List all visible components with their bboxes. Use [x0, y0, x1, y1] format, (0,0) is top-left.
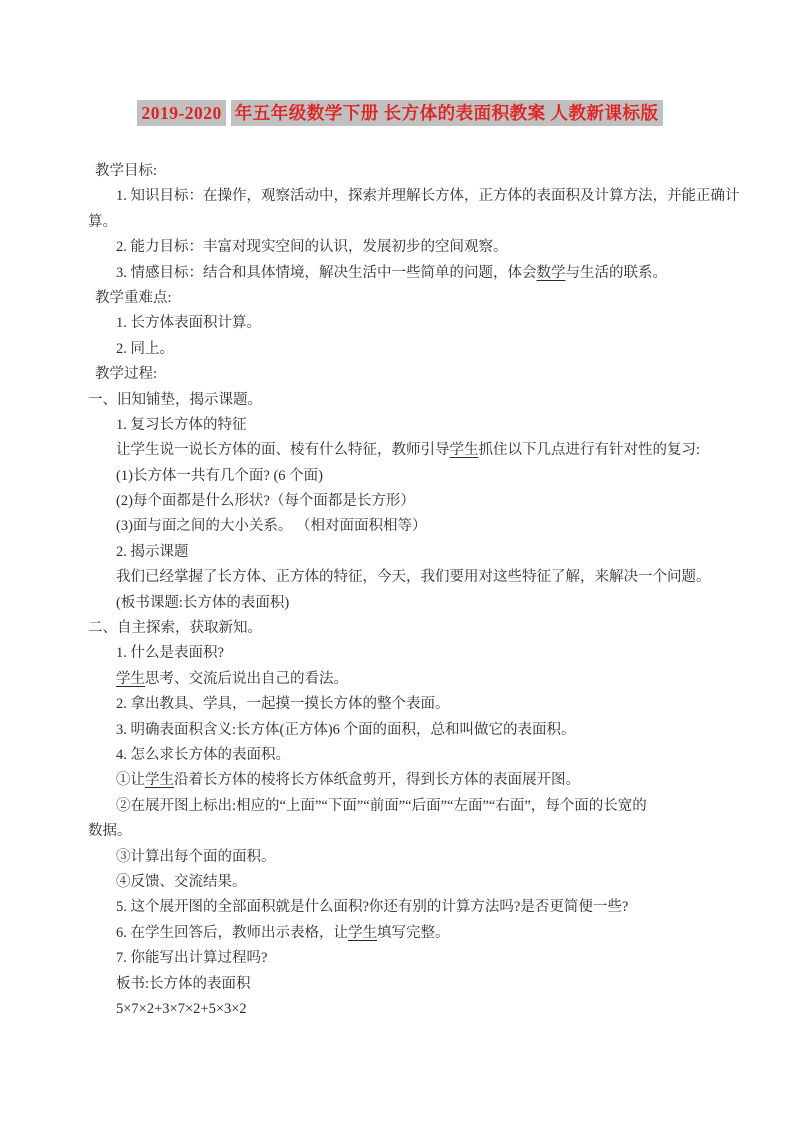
text-segment: 4. 怎么求长方体的表面积。 — [116, 747, 290, 763]
document-line: 2. 能力目标：丰富对现实空间的认识，发展初步的空间观察。 — [88, 235, 768, 260]
text-segment: 3. 明确表面积含义:长方体(正方体)6 个面的面积，总和叫做它的表面积。 — [116, 722, 576, 738]
text-segment: (2)每个面都是什么形状?（每个面都是长方形） — [116, 493, 415, 509]
document-line: 3. 情感目标：结合和具体情境，解决生活中一些简单的问题，体会数学与生活的联系。 — [88, 261, 768, 286]
text-segment: (1)长方体一共有几个面? (6 个面) — [116, 468, 323, 484]
text-segment: 我们已经掌握了长方体、正方体的特征，今天，我们要用对这些特征了解，来解决一个问题… — [116, 569, 711, 585]
text-segment: 2. 能力目标：丰富对现实空间的认识，发展初步的空间观察。 — [116, 239, 508, 255]
document-line: 6. 在学生回答后，教师出示表格，让学生填写完整。 — [88, 921, 768, 946]
document-line: 2. 同上。 — [88, 337, 768, 362]
document-line: ②在展开图上标出:相应的“上面”“下面”“前面”“后面”“左面”“右面”，每个面… — [88, 794, 768, 819]
document-body: 教学目标:1. 知识目标：在操作，观察活动中，探索并理解长方体，正方体的表面积及… — [88, 159, 768, 1022]
document-line: 2. 拿出教具、学具，一起摸一摸长方体的整个表面。 — [88, 692, 768, 717]
text-segment: 思考、交流后说出自己的看法。 — [145, 671, 348, 687]
document-line: 学生思考、交流后说出自己的看法。 — [88, 667, 768, 692]
text-segment: 抓住以下几点进行有针对性的复习: — [479, 442, 701, 458]
text-segment: 6. 在学生回答后，教师出示表格，让 — [116, 925, 348, 941]
text-segment: 教学重难点: — [95, 290, 172, 306]
text-segment: 教学目标: — [95, 163, 157, 179]
text-segment: 1. 复习长方体的特征 — [116, 417, 247, 433]
text-segment: 算。 — [88, 214, 117, 230]
document-line: 3. 明确表面积含义:长方体(正方体)6 个面的面积，总和叫做它的表面积。 — [88, 718, 768, 743]
document-line: 2. 揭示课题 — [88, 540, 768, 565]
underlined-text: 数学 — [537, 265, 566, 281]
text-segment: 一、旧知铺垫，揭示课题。 — [88, 392, 262, 408]
document-line: (板书课题:长方体的表面积) — [88, 591, 768, 616]
text-segment: (3)面与面之间的大小关系。 （相对面面积相等） — [116, 518, 427, 534]
text-segment: ①让 — [116, 772, 145, 788]
text-segment: ②在展开图上标出:相应的“上面”“下面”“前面”“后面”“左面”“右面”，每个面… — [116, 798, 647, 814]
text-segment: ③计算出每个面的面积。 — [116, 849, 276, 865]
document-line: 1. 什么是表面积? — [88, 641, 768, 666]
text-segment: 5. 这个展开图的全部面积就是什么面积?你还有别的计算方法吗?是否更简便一些? — [116, 899, 628, 915]
document-line: ①让学生沿着长方体的棱将长方体纸盒剪开，得到长方体的表面展开图。 — [88, 768, 768, 793]
text-segment: (板书课题:长方体的表面积) — [116, 595, 289, 611]
document-line: 让学生说一说长方体的面、棱有什么特征，教师引导学生抓住以下几点进行有针对性的复习… — [88, 438, 768, 463]
document-line: 数据。 — [88, 819, 768, 844]
text-segment: 2. 同上。 — [116, 341, 174, 357]
document-line: 一、旧知铺垫，揭示课题。 — [88, 388, 768, 413]
text-segment: 2. 揭示课题 — [116, 544, 189, 560]
document-line: (1)长方体一共有几个面? (6 个面) — [88, 464, 768, 489]
document-line: 教学重难点: — [88, 286, 768, 311]
document-line: 二、自主探索，获取新知。 — [88, 616, 768, 641]
document-line: 5. 这个展开图的全部面积就是什么面积?你还有别的计算方法吗?是否更简便一些? — [88, 895, 768, 920]
text-segment: 2. 拿出教具、学具，一起摸一摸长方体的整个表面。 — [116, 696, 450, 712]
document-title: 2019-2020年五年级数学下册 长方体的表面积教案 人教新课标版 — [0, 100, 800, 125]
text-segment: 1. 什么是表面积? — [116, 645, 224, 661]
text-segment: 1. 知识目标：在操作，观察活动中，探索并理解长方体，正方体的表面积及计算方法，… — [116, 188, 740, 204]
document-line: 教学过程: — [88, 362, 768, 387]
text-segment: 板书:长方体的表面积 — [116, 976, 251, 992]
text-segment: 3. 情感目标：结合和具体情境，解决生活中一些简单的问题，体会 — [116, 265, 537, 281]
document-line: 教学目标: — [88, 159, 768, 184]
underlined-text: 学生 — [145, 772, 174, 788]
document-line: (2)每个面都是什么形状?（每个面都是长方形） — [88, 489, 768, 514]
document-line: 算。 — [88, 210, 768, 235]
document-line: 1. 长方体表面积计算。 — [88, 311, 768, 336]
document-line: 7. 你能写出计算过程吗? — [88, 946, 768, 971]
underlined-text: 学生 — [450, 442, 479, 458]
document-line: 1. 复习长方体的特征 — [88, 413, 768, 438]
document-line: 我们已经掌握了长方体、正方体的特征，今天，我们要用对这些特征了解，来解决一个问题… — [88, 565, 768, 590]
document-page: 2019-2020年五年级数学下册 长方体的表面积教案 人教新课标版 教学目标:… — [0, 0, 800, 1132]
document-line: 4. 怎么求长方体的表面积。 — [88, 743, 768, 768]
text-segment: 让学生说一说长方体的面、棱有什么特征，教师引导 — [116, 442, 450, 458]
document-line: 5×7×2+3×7×2+5×3×2 — [88, 997, 768, 1022]
document-line: (3)面与面之间的大小关系。 （相对面面积相等） — [88, 514, 768, 539]
text-segment: 1. 长方体表面积计算。 — [116, 315, 261, 331]
document-line: ③计算出每个面的面积。 — [88, 845, 768, 870]
document-line: 1. 知识目标：在操作，观察活动中，探索并理解长方体，正方体的表面积及计算方法，… — [88, 184, 768, 209]
text-segment: 沿着长方体的棱将长方体纸盒剪开，得到长方体的表面展开图。 — [174, 772, 580, 788]
document-line: ④反馈、交流结果。 — [88, 870, 768, 895]
title-highlight-year: 2019-2020 — [137, 100, 225, 126]
underlined-text: 学生 — [348, 925, 377, 941]
text-segment: 5×7×2+3×7×2+5×3×2 — [116, 1001, 247, 1017]
document-line: 板书:长方体的表面积 — [88, 972, 768, 997]
text-segment: ④反馈、交流结果。 — [116, 874, 247, 890]
text-segment: 二、自主探索，获取新知。 — [88, 620, 262, 636]
text-segment: 填写完整。 — [377, 925, 450, 941]
text-segment: 与生活的联系。 — [566, 265, 668, 281]
text-segment: 教学过程: — [95, 366, 157, 382]
underlined-text: 学生 — [116, 671, 145, 687]
text-segment: 7. 你能写出计算过程吗? — [116, 950, 267, 966]
title-highlight-main: 年五年级数学下册 长方体的表面积教案 人教新课标版 — [231, 100, 663, 126]
text-segment: 数据。 — [88, 823, 132, 839]
